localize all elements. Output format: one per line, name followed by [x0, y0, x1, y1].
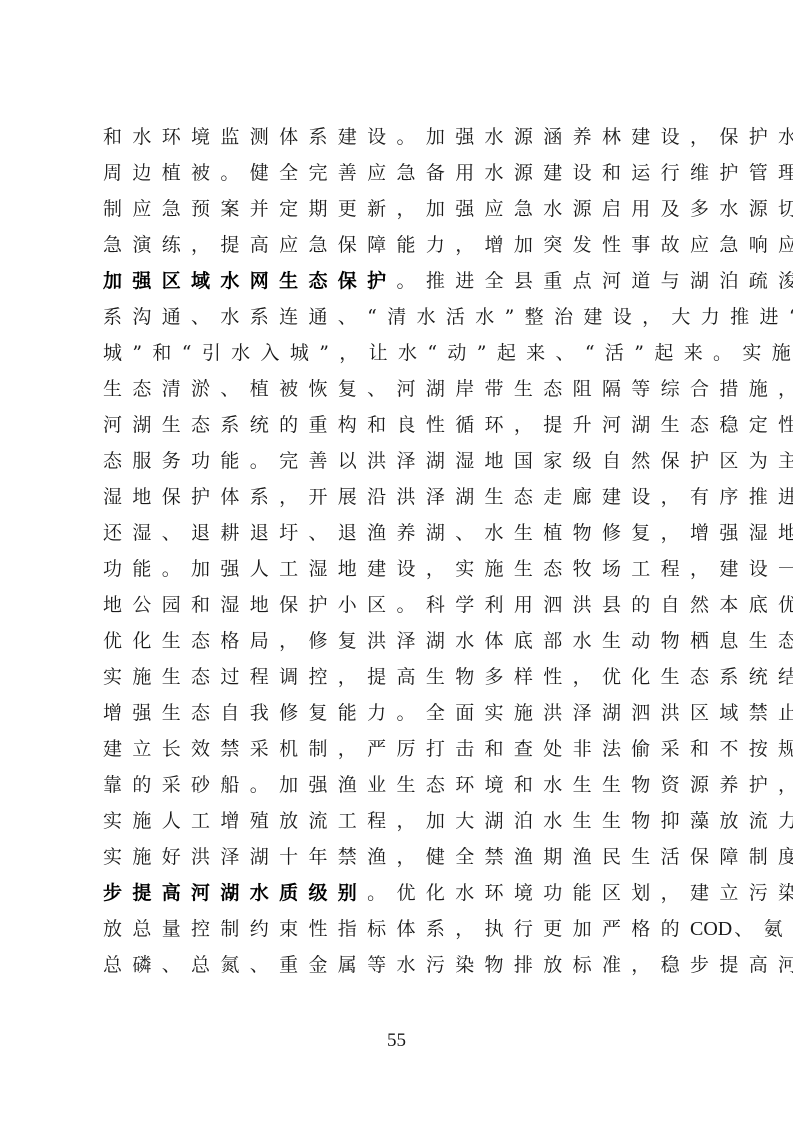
text-line: 急演练，提高应急保障能力，增加突发性事故应急响应能力。	[103, 227, 703, 263]
text-line: 河湖生态系统的重构和良性循环，提升河湖生态稳定性和生	[103, 407, 703, 443]
text-segment: 河湖生态系统的重构和良性循环，提升河湖生态稳定性和生	[103, 414, 793, 436]
text-line: 实施生态过程调控，提高生物多样性，优化生态系统结构，	[103, 659, 703, 695]
text-line: 态服务功能。完善以洪泽湖湿地国家级自然保护区为主体的	[103, 443, 703, 479]
text-segment: COD	[690, 918, 732, 940]
text-segment: 。优化水环境功能区划，建立污染物排	[367, 882, 793, 904]
text-segment: 优化生态格局，修复洪泽湖水体底部水生动物栖息生态环境。	[103, 630, 793, 652]
text-line: 湿地保护体系，开展沿洪泽湖生态走廊建设，有序推进退渔	[103, 479, 703, 515]
text-segment: 态服务功能。完善以洪泽湖湿地国家级自然保护区为主体的	[103, 450, 793, 472]
text-segment: 系沟通、水系连通、“清水活水”整治建设，大力推进“水清润	[103, 306, 793, 328]
text-segment: 建立长效禁采机制，严厉打击和查处非法偷采和不按规定停	[103, 738, 793, 760]
text-segment: 地公园和湿地保护小区。科学利用泗洪县的自然本底优势，	[103, 594, 793, 616]
text-line: 生态清淤、植被恢复、河湖岸带生态阻隔等综合措施，促进	[103, 371, 703, 407]
text-segment: 靠的采砂船。加强渔业生态环境和水生生物资源养护，深入	[103, 774, 793, 796]
text-line: 放总量控制约束性指标体系，执行更加严格的COD、氨氮、	[103, 911, 703, 947]
text-line: 优化生态格局，修复洪泽湖水体底部水生动物栖息生态环境。	[103, 623, 703, 659]
text-segment: 制应急预案并定期更新，加强应急水源启用及多水源切换应	[103, 198, 793, 220]
text-segment: 功能。加强人工湿地建设，实施生态牧场工程，建设一批湿	[103, 558, 793, 580]
bold-heading-phrase: 步提高河湖水质级别	[103, 882, 367, 904]
text-segment: 放总量控制约束性指标体系，执行更加严格的	[103, 918, 690, 940]
text-line: 加强区域水网生态保护。推进全县重点河道与湖泊疏浚、水	[103, 263, 703, 299]
page-number: 55	[0, 1030, 793, 1052]
text-line: 增强生态自我修复能力。全面实施洪泽湖泗洪区域禁止采砂，	[103, 695, 703, 731]
text-line: 地公园和湿地保护小区。科学利用泗洪县的自然本底优势，	[103, 587, 703, 623]
body-paragraph: 和水环境监测体系建设。加强水源涵养林建设，保护水源地周边植被。健全完善应急备用水…	[103, 119, 703, 983]
text-line: 实施好洪泽湖十年禁渔，健全禁渔期渔民生活保障制度。稳	[103, 839, 703, 875]
text-line: 实施人工增殖放流工程，加大湖泊水生生物抑藻放流力度。	[103, 803, 703, 839]
text-line: 和水环境监测体系建设。加强水源涵养林建设，保护水源地	[103, 119, 703, 155]
text-segment: 还湿、退耕退圩、退渔养湖、水生植物修复，增强湿地调节	[103, 522, 793, 544]
text-segment: 实施好洪泽湖十年禁渔，健全禁渔期渔民生活保障制度。	[103, 846, 793, 868]
text-line: 步提高河湖水质级别。优化水环境功能区划，建立污染物排	[103, 875, 703, 911]
text-segment: 总磷、总氮、重金属等水污染物排放标准，稳步提高河湖水	[103, 954, 793, 976]
text-segment: 增强生态自我修复能力。全面实施洪泽湖泗洪区域禁止采砂，	[103, 702, 793, 724]
text-line: 系沟通、水系连通、“清水活水”整治建设，大力推进“水清润	[103, 299, 703, 335]
text-segment: 周边植被。健全完善应急备用水源建设和运行维护管理，编	[103, 162, 793, 184]
text-segment: 城”和“引水入城”，让水“动”起来、“活”起来。实施水源涵养、	[103, 342, 793, 364]
text-segment: 生态清淤、植被恢复、河湖岸带生态阻隔等综合措施，促进	[103, 378, 793, 400]
text-line: 周边植被。健全完善应急备用水源建设和运行维护管理，编	[103, 155, 703, 191]
text-line: 城”和“引水入城”，让水“动”起来、“活”起来。实施水源涵养、	[103, 335, 703, 371]
text-segment: 实施人工增殖放流工程，加大湖泊水生生物抑藻放流力度。	[103, 810, 793, 832]
text-line: 靠的采砂船。加强渔业生态环境和水生生物资源养护，深入	[103, 767, 703, 803]
text-line: 功能。加强人工湿地建设，实施生态牧场工程，建设一批湿	[103, 551, 703, 587]
bold-heading-phrase: 加强区域水网生态保护	[103, 270, 397, 292]
document-page: 和水环境监测体系建设。加强水源涵养林建设，保护水源地周边植被。健全完善应急备用水…	[0, 0, 793, 1122]
text-line: 制应急预案并定期更新，加强应急水源启用及多水源切换应	[103, 191, 703, 227]
text-segment: 实施生态过程调控，提高生物多样性，优化生态系统结构，	[103, 666, 793, 688]
text-segment: 急演练，提高应急保障能力，增加突发性事故应急响应能力。	[103, 234, 793, 256]
text-line: 总磷、总氮、重金属等水污染物排放标准，稳步提高河湖水	[103, 947, 703, 983]
text-segment: 、氨氮、	[734, 918, 793, 940]
text-segment: 。推进全县重点河道与湖泊疏浚、水	[397, 270, 793, 292]
text-line: 还湿、退耕退圩、退渔养湖、水生植物修复，增强湿地调节	[103, 515, 703, 551]
text-segment: 湿地保护体系，开展沿洪泽湖生态走廊建设，有序推进退渔	[103, 486, 793, 508]
text-line: 建立长效禁采机制，严厉打击和查处非法偷采和不按规定停	[103, 731, 703, 767]
text-segment: 和水环境监测体系建设。加强水源涵养林建设，保护水源地	[103, 126, 793, 148]
